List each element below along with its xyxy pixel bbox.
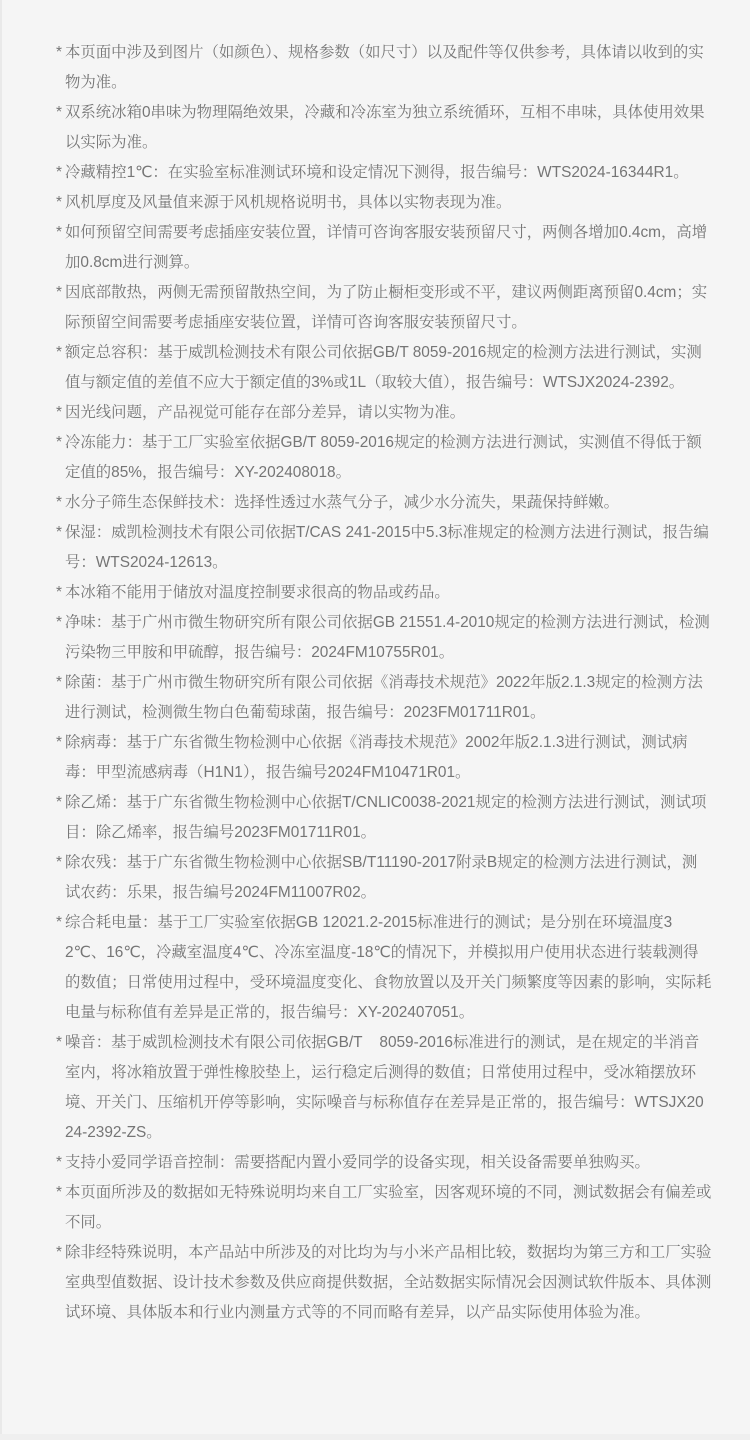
- asterisk-marker: *: [56, 1178, 62, 1208]
- asterisk-marker: *: [56, 608, 62, 638]
- asterisk-marker: *: [56, 788, 62, 818]
- asterisk-marker: *: [56, 398, 62, 428]
- note-text: 净味：基于广州市微生物研究所有限公司依据GB 21551.4-2010规定的检测…: [65, 614, 710, 661]
- asterisk-marker: *: [56, 188, 62, 218]
- note-text: 冷藏精控1℃：在实验室标准测试环境和设定情况下测得，报告编号：WTS2024-1…: [65, 164, 689, 181]
- note-text: 除非经特殊说明，本产品站中所涉及的对比均为与小米产品相比较，数据均为第三方和工厂…: [65, 1244, 711, 1321]
- disclaimer-note: *本冰箱不能用于储放对温度控制要求很高的物品或药品。: [65, 578, 712, 608]
- asterisk-marker: *: [56, 488, 62, 518]
- disclaimer-note: *除菌：基于广州市微生物研究所有限公司依据《消毒技术规范》2022年版2.1.3…: [65, 668, 712, 728]
- asterisk-marker: *: [56, 218, 62, 248]
- disclaimer-note: *双系统冰箱0串味为物理隔绝效果，冷藏和冷冻室为独立系统循环，互相不串味，具体使…: [65, 98, 712, 158]
- disclaimer-note: *因底部散热，两侧无需预留散热空间，为了防止橱柜变形或不平，建议两侧距离预留0.…: [65, 278, 712, 338]
- note-text: 除病毒：基于广东省微生物检测中心依据《消毒技术规范》2002年版2.1.3进行测…: [65, 734, 688, 781]
- note-text: 综合耗电量：基于工厂实验室依据GB 12021.2-2015标准进行的测试；是分…: [65, 914, 711, 1021]
- note-text: 水分子筛生态保鲜技术：选择性透过水蒸气分子，减少水分流失，果蔬保持鲜嫩。: [65, 494, 619, 511]
- note-text: 噪音：基于威凯检测技术有限公司依据GB/T 8059-2016标准进行的测试，是…: [65, 1034, 704, 1141]
- disclaimer-note: *额定总容积：基于威凯检测技术有限公司依据GB/T 8059-2016规定的检测…: [65, 338, 712, 398]
- asterisk-marker: *: [56, 428, 62, 458]
- page-left-edge: [0, 0, 2, 1440]
- disclaimer-note: *本页面所涉及的数据如无特殊说明均来自工厂实验室，因客观环境的不同，测试数据会有…: [65, 1178, 712, 1238]
- note-text: 除菌：基于广州市微生物研究所有限公司依据《消毒技术规范》2022年版2.1.3规…: [65, 674, 703, 721]
- asterisk-marker: *: [56, 338, 62, 368]
- disclaimer-note: *除病毒：基于广东省微生物检测中心依据《消毒技术规范》2002年版2.1.3进行…: [65, 728, 712, 788]
- asterisk-marker: *: [56, 578, 62, 608]
- asterisk-marker: *: [56, 518, 62, 548]
- asterisk-marker: *: [56, 728, 62, 758]
- note-text: 本页面所涉及的数据如无特殊说明均来自工厂实验室，因客观环境的不同，测试数据会有偏…: [65, 1184, 711, 1231]
- note-text: 冷冻能力：基于工厂实验室依据GB/T 8059-2016规定的检测方法进行测试，…: [65, 434, 702, 481]
- note-text: 本冰箱不能用于储放对温度控制要求很高的物品或药品。: [65, 584, 450, 601]
- asterisk-marker: *: [56, 848, 62, 878]
- asterisk-marker: *: [56, 278, 62, 308]
- note-text: 双系统冰箱0串味为物理隔绝效果，冷藏和冷冻室为独立系统循环，互相不串味，具体使用…: [65, 104, 705, 151]
- disclaimer-note: *冷藏精控1℃：在实验室标准测试环境和设定情况下测得，报告编号：WTS2024-…: [65, 158, 712, 188]
- note-text: 除乙烯：基于广东省微生物检测中心依据T/CNLIC0038-2021规定的检测方…: [65, 794, 706, 841]
- asterisk-marker: *: [56, 1238, 62, 1268]
- asterisk-marker: *: [56, 1028, 62, 1058]
- disclaimer-note: *噪音：基于威凯检测技术有限公司依据GB/T 8059-2016标准进行的测试，…: [65, 1028, 712, 1148]
- note-text: 额定总容积：基于威凯检测技术有限公司依据GB/T 8059-2016规定的检测方…: [65, 344, 702, 391]
- disclaimer-note: *如何预留空间需要考虑插座安装位置，详情可咨询客服安装预留尺寸，两侧各增加0.4…: [65, 218, 712, 278]
- disclaimer-page: { "page": { "background_color": "#f5f5f5…: [0, 0, 750, 1440]
- asterisk-marker: *: [56, 1148, 62, 1178]
- asterisk-marker: *: [56, 98, 62, 128]
- asterisk-marker: *: [56, 38, 62, 68]
- note-text: 除农残：基于广东省微生物检测中心依据SB/T11190-2017附录B规定的检测…: [65, 854, 697, 901]
- disclaimer-note: *综合耗电量：基于工厂实验室依据GB 12021.2-2015标准进行的测试；是…: [65, 908, 712, 1028]
- disclaimer-note: *除非经特殊说明，本产品站中所涉及的对比均为与小米产品相比较，数据均为第三方和工…: [65, 1238, 712, 1328]
- disclaimer-note: *保湿：威凯检测技术有限公司依据T/CAS 241-2015中5.3标准规定的检…: [65, 518, 712, 578]
- disclaimer-notes-list: *本页面中涉及到图片（如颜色）、规格参数（如尺寸）以及配件等仅供参考，具体请以收…: [0, 0, 750, 1328]
- note-text: 如何预留空间需要考虑插座安装位置，详情可咨询客服安装预留尺寸，两侧各增加0.4c…: [65, 224, 707, 271]
- asterisk-marker: *: [56, 158, 62, 188]
- disclaimer-note: *除农残：基于广东省微生物检测中心依据SB/T11190-2017附录B规定的检…: [65, 848, 712, 908]
- disclaimer-note: *冷冻能力：基于工厂实验室依据GB/T 8059-2016规定的检测方法进行测试…: [65, 428, 712, 488]
- disclaimer-note: *支持小爱同学语音控制：需要搭配内置小爱同学的设备实现，相关设备需要单独购买。: [65, 1148, 712, 1178]
- disclaimer-note: *本页面中涉及到图片（如颜色）、规格参数（如尺寸）以及配件等仅供参考，具体请以收…: [65, 38, 712, 98]
- disclaimer-note: *水分子筛生态保鲜技术：选择性透过水蒸气分子，减少水分流失，果蔬保持鲜嫩。: [65, 488, 712, 518]
- asterisk-marker: *: [56, 668, 62, 698]
- note-text: 本页面中涉及到图片（如颜色）、规格参数（如尺寸）以及配件等仅供参考，具体请以收到…: [65, 44, 704, 91]
- disclaimer-note: *净味：基于广州市微生物研究所有限公司依据GB 21551.4-2010规定的检…: [65, 608, 712, 668]
- note-text: 风机厚度及风量值来源于风机规格说明书，具体以实物表现为准。: [65, 194, 511, 211]
- note-text: 保湿：威凯检测技术有限公司依据T/CAS 241-2015中5.3标准规定的检测…: [65, 524, 709, 571]
- disclaimer-note: *风机厚度及风量值来源于风机规格说明书，具体以实物表现为准。: [65, 188, 712, 218]
- disclaimer-note: *除乙烯：基于广东省微生物检测中心依据T/CNLIC0038-2021规定的检测…: [65, 788, 712, 848]
- asterisk-marker: *: [56, 908, 62, 938]
- page-bottom-edge: [0, 1434, 750, 1440]
- note-text: 因底部散热，两侧无需预留散热空间，为了防止橱柜变形或不平，建议两侧距离预留0.4…: [65, 284, 707, 331]
- note-text: 支持小爱同学语音控制：需要搭配内置小爱同学的设备实现，相关设备需要单独购买。: [65, 1154, 650, 1171]
- note-text: 因光线问题，产品视觉可能存在部分差异，请以实物为准。: [65, 404, 465, 421]
- disclaimer-note: *因光线问题，产品视觉可能存在部分差异，请以实物为准。: [65, 398, 712, 428]
